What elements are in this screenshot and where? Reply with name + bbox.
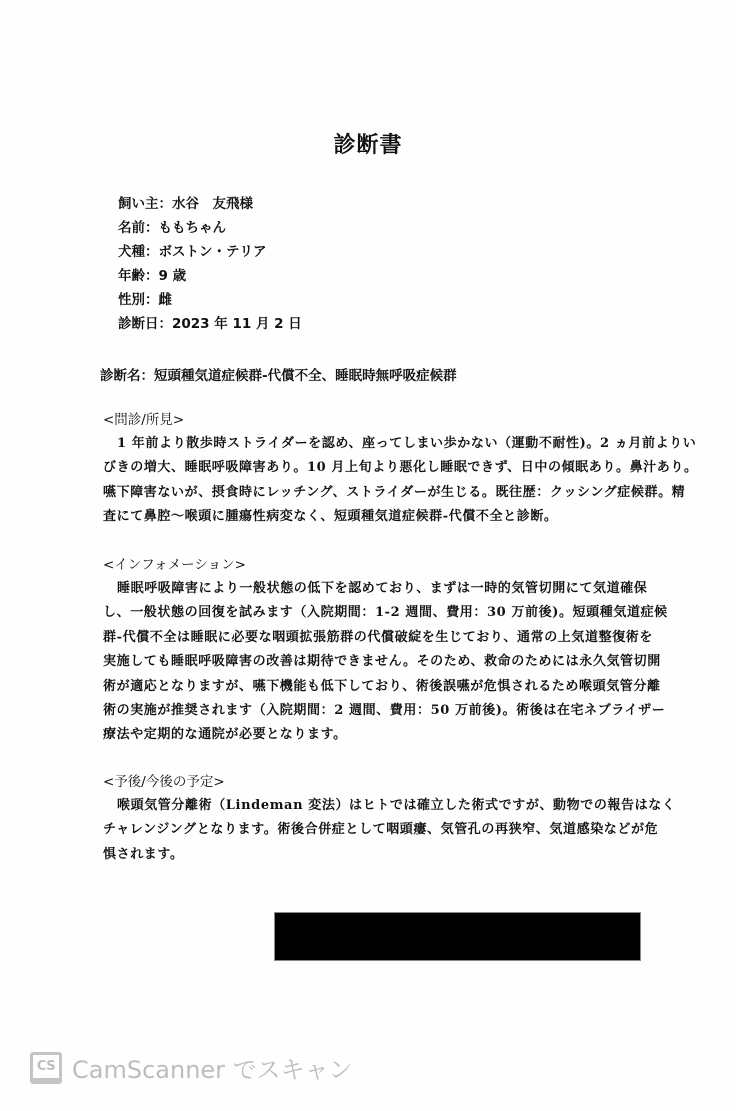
body-line: 実施しても睡眠呼吸障害の改善は期待できません。そのため、救命のためには永久気管切… bbox=[103, 650, 643, 674]
body-line: 群-代償不全は睡眠に必要な咽頭拡張筋群の代償破綻を生じており、通常の上気道整復術… bbox=[103, 626, 643, 650]
section-body: 喉頭気管分離術（Lindeman 変法）はヒトでは確立した術式ですが、動物での報… bbox=[103, 794, 643, 867]
camscanner-watermark: CS CamScanner でスキャン bbox=[30, 1050, 353, 1085]
watermark-text: CamScanner でスキャン bbox=[72, 1050, 353, 1085]
body-line: 1 年前より散歩時ストライダーを認め、座ってしまい歩かない（運動不耐性)。2 ヵ… bbox=[103, 432, 643, 456]
section-prognosis-plan: <予後/今後の予定> 喉頭気管分離術（Lindeman 変法）はヒトでは確立した… bbox=[103, 770, 643, 867]
sex-line: 性別：雌 bbox=[118, 288, 302, 312]
patient-info-block: 飼い主：水谷 友飛様 名前：ももちゃん 犬種：ボストン・テリア 年齢：9 歳 性… bbox=[118, 192, 302, 336]
diagnosis-date-line: 診断日：2023 年 11 月 2 日 bbox=[118, 312, 302, 336]
body-line: 査にて鼻腔～喉頭に腫瘍性病変なく、短頭種気道症候群-代償不全と診断。 bbox=[103, 505, 643, 529]
body-line: 療法や定期的な通院が必要となります。 bbox=[103, 723, 643, 747]
pet-name-line: 名前：ももちゃん bbox=[118, 216, 302, 240]
scanned-document-page: 診断書 飼い主：水谷 友飛様 名前：ももちゃん 犬種：ボストン・テリア 年齢：9… bbox=[0, 0, 736, 1111]
owner-line: 飼い主：水谷 友飛様 bbox=[118, 192, 302, 216]
body-line: チャレンジングとなります。術後合併症として咽頭瘻、気管孔の再狭窄、気道感染などが… bbox=[103, 818, 643, 842]
body-line: 喉頭気管分離術（Lindeman 変法）はヒトでは確立した術式ですが、動物での報… bbox=[103, 794, 643, 818]
body-line: 睡眠呼吸障害により一般状態の低下を認めており、まずは一時的気管切開にて気道確保 bbox=[103, 577, 643, 601]
body-line: し、一般状態の回復を試みます（入院期間：1-2 週間、費用：30 万前後)。短頭… bbox=[103, 601, 643, 625]
section-header: <予後/今後の予定> bbox=[103, 770, 643, 794]
section-body: 睡眠呼吸障害により一般状態の低下を認めており、まずは一時的気管切開にて気道確保 … bbox=[103, 577, 643, 748]
body-line: びきの増大、睡眠呼吸障害あり。10 月上旬より悪化し睡眠できず、日中の傾眠あり。… bbox=[103, 456, 643, 480]
camscanner-logo-icon: CS bbox=[30, 1052, 62, 1084]
section-header: <インフォメーション> bbox=[103, 553, 643, 577]
body-line: 術が適応となりますが、嚥下機能も低下しており、術後誤嚥が危惧されるため喉頭気管分… bbox=[103, 675, 643, 699]
document-title: 診断書 bbox=[0, 128, 736, 159]
section-information: <インフォメーション> 睡眠呼吸障害により一般状態の低下を認めており、まずは一時… bbox=[103, 553, 643, 748]
diagnosis-name: 診断名：短頭種気道症候群-代償不全、睡眠時無呼吸症候群 bbox=[100, 364, 457, 388]
redacted-signature-block bbox=[274, 912, 641, 961]
section-history-findings: <問診/所見> 1 年前より散歩時ストライダーを認め、座ってしまい歩かない（運動… bbox=[103, 408, 643, 530]
body-line: 嚥下障害ないが、摂食時にレッチング、ストライダーが生じる。既往歴：クッシング症候… bbox=[103, 481, 643, 505]
age-line: 年齢：9 歳 bbox=[118, 264, 302, 288]
section-body: 1 年前より散歩時ストライダーを認め、座ってしまい歩かない（運動不耐性)。2 ヵ… bbox=[103, 432, 643, 530]
body-line: 術の実施が推奨されます（入院期間：2 週間、費用：50 万前後)。術後は在宅ネブ… bbox=[103, 699, 643, 723]
breed-line: 犬種：ボストン・テリア bbox=[118, 240, 302, 264]
body-line: 惧されます。 bbox=[103, 843, 643, 867]
section-header: <問診/所見> bbox=[103, 408, 643, 432]
